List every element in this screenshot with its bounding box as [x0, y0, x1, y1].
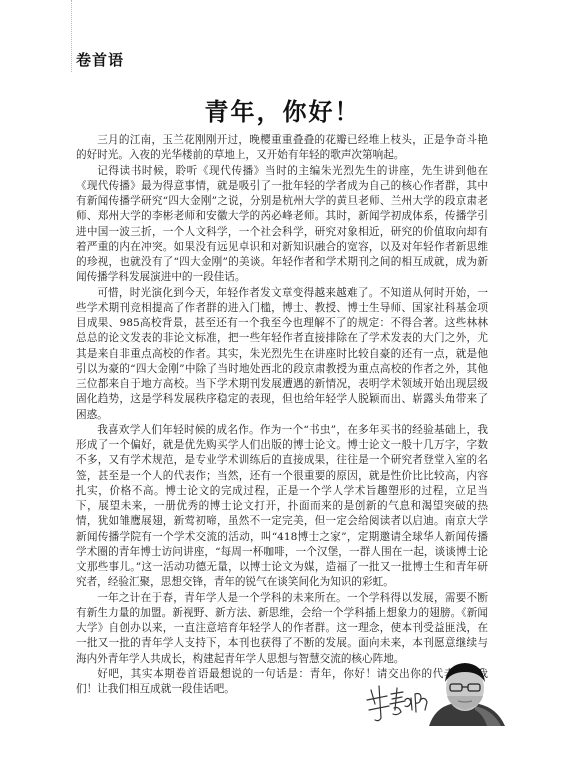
author-portrait-photo — [417, 660, 513, 726]
paragraph: 可惜，时光演化到今天，年轻作者发文章变得越来越难了。不知道从何时开始，一些学术期… — [76, 286, 488, 423]
paragraph: 一年之计在于春，青年学人是一个学科的未来所在。一个学科得以发展，需要不断有新生力… — [76, 591, 488, 667]
section-label: 卷首语 — [76, 49, 124, 70]
paragraph: 记得读书时候，聆听《现代传播》当时的主编朱光烈先生的讲座，先生讲到他在《现代传播… — [76, 164, 488, 286]
margin-dotted-rule — [71, 0, 72, 72]
article-title: 青年，你好！ — [0, 92, 565, 127]
article-body: 三月的江南，玉兰花刚刚开过，晚樱重重叠叠的花瓣已经堆上枝头，正是争奇斗艳的好时光… — [76, 133, 488, 697]
paragraph: 我喜欢学人们年轻时候的成名作。作为一个“书虫”，在多年买书的经验基础上，我形成了… — [76, 423, 488, 591]
author-signature-block — [365, 660, 515, 730]
paragraph: 三月的江南，玉兰花刚刚开过，晚樱重重叠叠的花瓣已经堆上枝头，正是争奇斗艳的好时光… — [76, 133, 488, 164]
